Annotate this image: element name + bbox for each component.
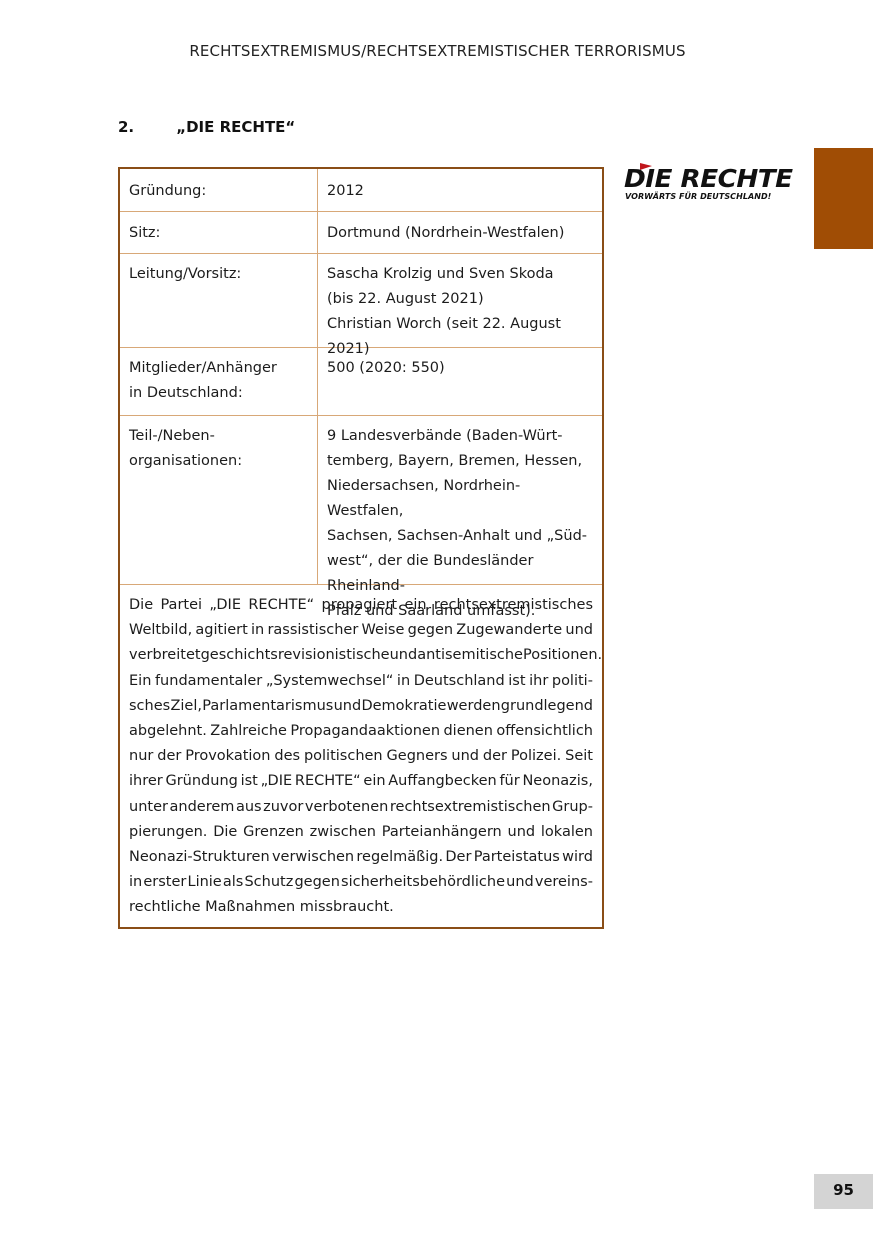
description-line: rechtliche Maßnahmen missbraucht. [129, 895, 593, 920]
party-logo: DIE RECHTE VORWÄRTS FÜR DEUTSCHLAND! [624, 166, 786, 206]
description-line: Einfundamentaler„Systemwechsel“inDeutsch… [129, 669, 593, 694]
fact-value: 9 Landesverbände (Baden-Würt- temberg, B… [318, 416, 602, 584]
description-line: Weltbild,agitiertinrassistischerWeisegeg… [129, 618, 593, 643]
section-heading: 2. „DIE RECHTE“ [118, 118, 295, 136]
fact-value: Sascha Krolzig und Sven Skoda (bis 22. A… [318, 254, 602, 347]
running-head: RECHTSEXTREMISMUS/RECHTSEXTREMISTISCHER … [0, 42, 875, 60]
chapter-side-tab [814, 148, 873, 249]
logo-brand-text: DIE RECHTE [624, 166, 793, 192]
description-line: ihrerGründungist„DIERECHTE“einAuffangbec… [129, 769, 593, 794]
fact-row-leadership: Leitung/Vorsitz: Sascha Krolzig und Sven… [120, 254, 602, 348]
section-number: 2. [118, 118, 171, 136]
fact-label: Gründung: [120, 169, 318, 211]
description-line: unteranderemauszuvorverbotenenrechtsextr… [129, 795, 593, 820]
description-line: nurderProvokationdespolitischenGegnersun… [129, 744, 593, 769]
description-line: pierungen.DieGrenzenzwischenParteianhäng… [129, 820, 593, 845]
fact-label: Mitglieder/Anhänger in Deutschland: [120, 348, 318, 415]
fact-value: 500 (2020: 550) [318, 348, 602, 415]
description-line: abgelehnt.ZahlreichePropagandaaktionendi… [129, 719, 593, 744]
description-line: inersterLiniealsSchutzgegensicherheitsbe… [129, 870, 593, 895]
fact-value: 2012 [318, 169, 602, 211]
fact-box-description: DiePartei„DIERECHTE“propagierteinrechtse… [120, 585, 602, 927]
logo-tagline: VORWÄRTS FÜR DEUTSCHLAND! [625, 192, 771, 201]
fact-label: Teil-/Neben- organisationen: [120, 416, 318, 584]
description-line: verbreitetgeschichtsrevisionistischeunda… [129, 643, 593, 668]
fact-value: Dortmund (Nordrhein-Westfalen) [318, 212, 602, 253]
description-line: schesZiel,ParlamentarismusundDemokratiew… [129, 694, 593, 719]
fact-row-seat: Sitz: Dortmund (Nordrhein-Westfalen) [120, 212, 602, 254]
section-title: „DIE RECHTE“ [176, 118, 295, 136]
fact-box: Gründung: 2012 Sitz: Dortmund (Nordrhein… [118, 167, 604, 929]
fact-row-suborganisations: Teil-/Neben- organisationen: 9 Landesver… [120, 416, 602, 585]
fact-row-members: Mitglieder/Anhänger in Deutschland: 500 … [120, 348, 602, 416]
fact-label: Leitung/Vorsitz: [120, 254, 318, 347]
fact-label: Sitz: [120, 212, 318, 253]
description-line: DiePartei„DIERECHTE“propagierteinrechtse… [129, 593, 593, 618]
page-number: 95 [814, 1174, 873, 1209]
fact-row-founding: Gründung: 2012 [120, 169, 602, 212]
description-line: Neonazi-Strukturenverwischenregelmäßig.D… [129, 845, 593, 870]
